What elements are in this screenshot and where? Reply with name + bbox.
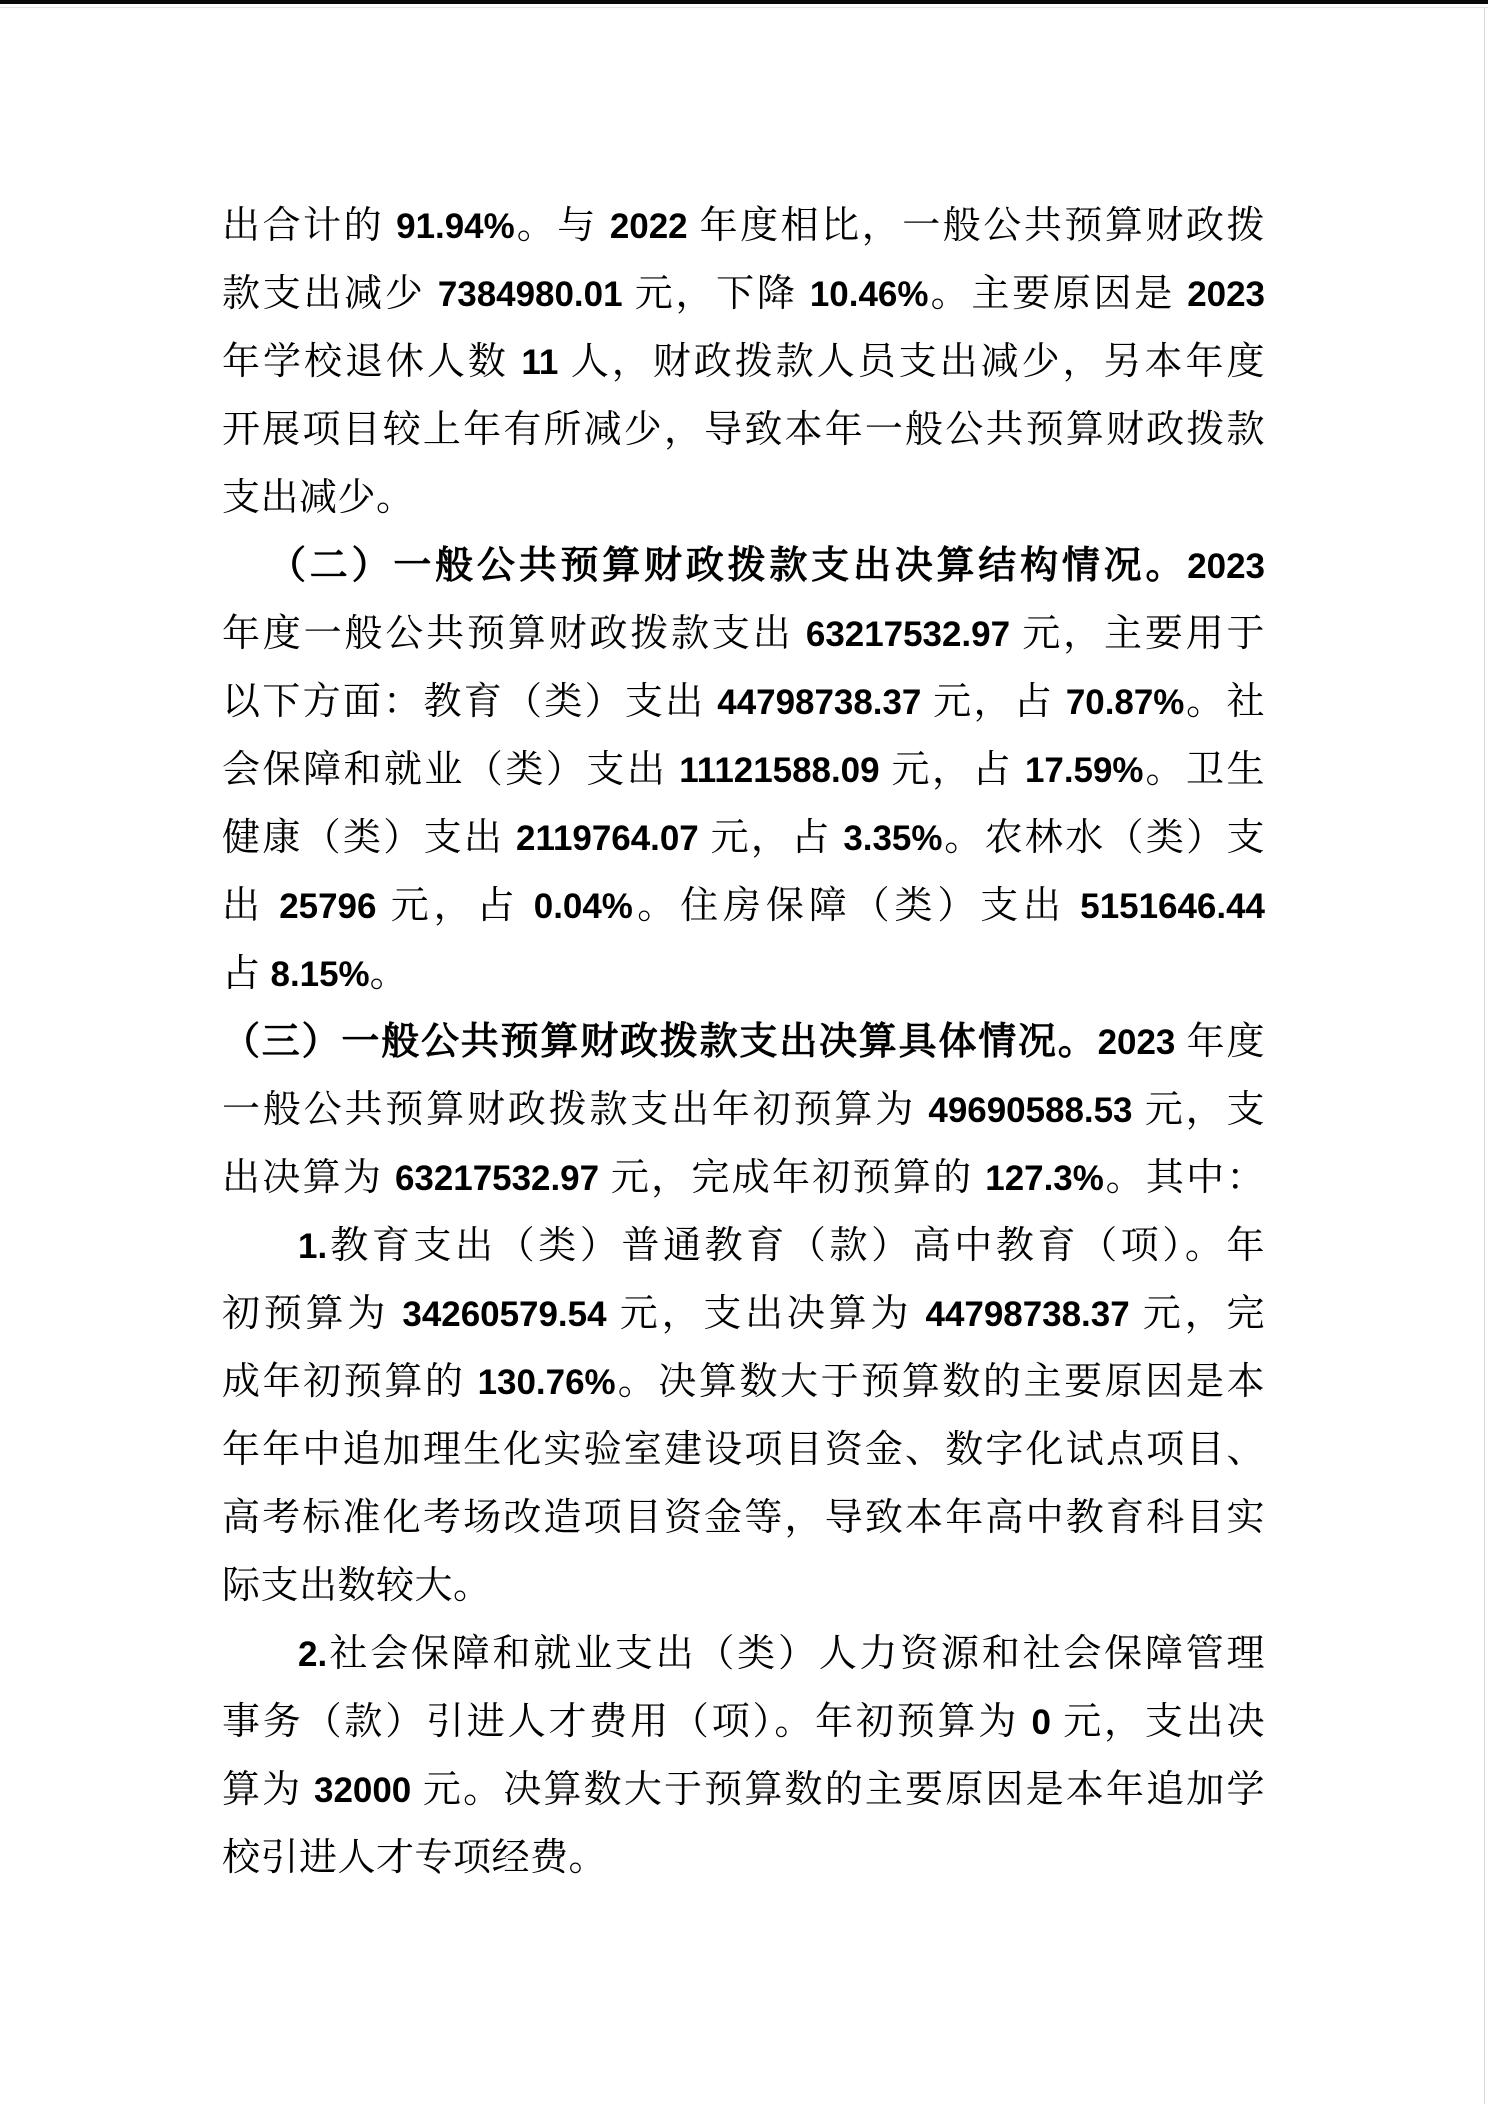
top-divider-line <box>0 7 1488 8</box>
text-line: 出合计的 91.94%。与 2022 年度相比，一般公共预算财政拨 <box>222 192 1265 260</box>
text-line: 以下方面：教育（类）支出 44798738.37 元，占 70.87%。社 <box>222 668 1265 736</box>
section-heading-3: （三）一般公共预算财政拨款支出决算具体情况。2023 年度 <box>222 1008 1265 1076</box>
top-edge-bar <box>0 0 1488 4</box>
document-page-body: 出合计的 91.94%。与 2022 年度相比，一般公共预算财政拨 款支出减少 … <box>222 192 1265 1892</box>
text-line: 出决算为 63217532.97 元，完成年初预算的 127.3%。其中： <box>222 1144 1265 1212</box>
text-line: 会保障和就业（类）支出 11121588.09 元，占 17.59%。卫生 <box>222 736 1265 804</box>
text-line: 成年初预算的 130.76%。决算数大于预算数的主要原因是本 <box>222 1348 1265 1416</box>
list-item-2-line: 2.社会保障和就业支出（类）人力资源和社会保障管理 <box>222 1620 1265 1688</box>
document-screenshot: { "page": { "background": "#ffffff", "to… <box>0 0 1488 2104</box>
text-line: 算为 32000 元。决算数大于预算数的主要原因是本年追加学 <box>222 1756 1265 1824</box>
paragraph-end-line: 校引进人才专项经费。 <box>222 1824 1265 1892</box>
section-heading-3-rest-text: 2023 年度 <box>1098 1021 1265 1063</box>
list-item-1-line: 1.教育支出（类）普通教育（款）高中教育（项）。年 <box>222 1212 1265 1280</box>
section-heading-3-bold-text: （三）一般公共预算财政拨款支出决算具体情况。 <box>222 1021 1098 1063</box>
text-line: 年学校退休人数 11 人，财政拨款人员支出减少，另本年度 <box>222 328 1265 396</box>
text-line: 事务（款）引进人才费用（项）。年初预算为 0 元，支出决 <box>222 1688 1265 1756</box>
text-line: 健康（类）支出 2119764.07 元，占 3.35%。农林水（类）支 <box>222 804 1265 872</box>
section-heading-2: （二）一般公共预算财政拨款支出决算结构情况。2023 <box>222 532 1265 600</box>
text-line: 出 25796 元，占 0.04%。住房保障（类）支出 5151646.44 元… <box>222 872 1265 940</box>
text-line: 款支出减少 7384980.01 元，下降 10.46%。主要原因是 2023 <box>222 260 1265 328</box>
paragraph-end-line: 占 8.15%。 <box>222 940 1265 1008</box>
section-heading-2-rest-text: 2023 <box>1187 545 1265 587</box>
right-edge-line <box>1484 8 1485 2104</box>
paragraph-end-line: 际支出数较大。 <box>222 1552 1265 1620</box>
text-line: 初预算为 34260579.54 元，支出决算为 44798738.37 元，完 <box>222 1280 1265 1348</box>
section-heading-2-bold-text: （二）一般公共预算财政拨款支出决算结构情况。 <box>268 545 1187 587</box>
text-line: 年年中追加理生化实验室建设项目资金、数字化试点项目、 <box>222 1416 1265 1484</box>
text-line: 高考标准化考场改造项目资金等，导致本年高中教育科目实 <box>222 1484 1265 1552</box>
text-line: 年度一般公共预算财政拨款支出 63217532.97 元，主要用于 <box>222 600 1265 668</box>
paragraph-end-line: 支出减少。 <box>222 464 1265 532</box>
text-line: 开展项目较上年有所减少，导致本年一般公共预算财政拨款 <box>222 396 1265 464</box>
text-line: 一般公共预算财政拨款支出年初预算为 49690588.53 元，支 <box>222 1076 1265 1144</box>
